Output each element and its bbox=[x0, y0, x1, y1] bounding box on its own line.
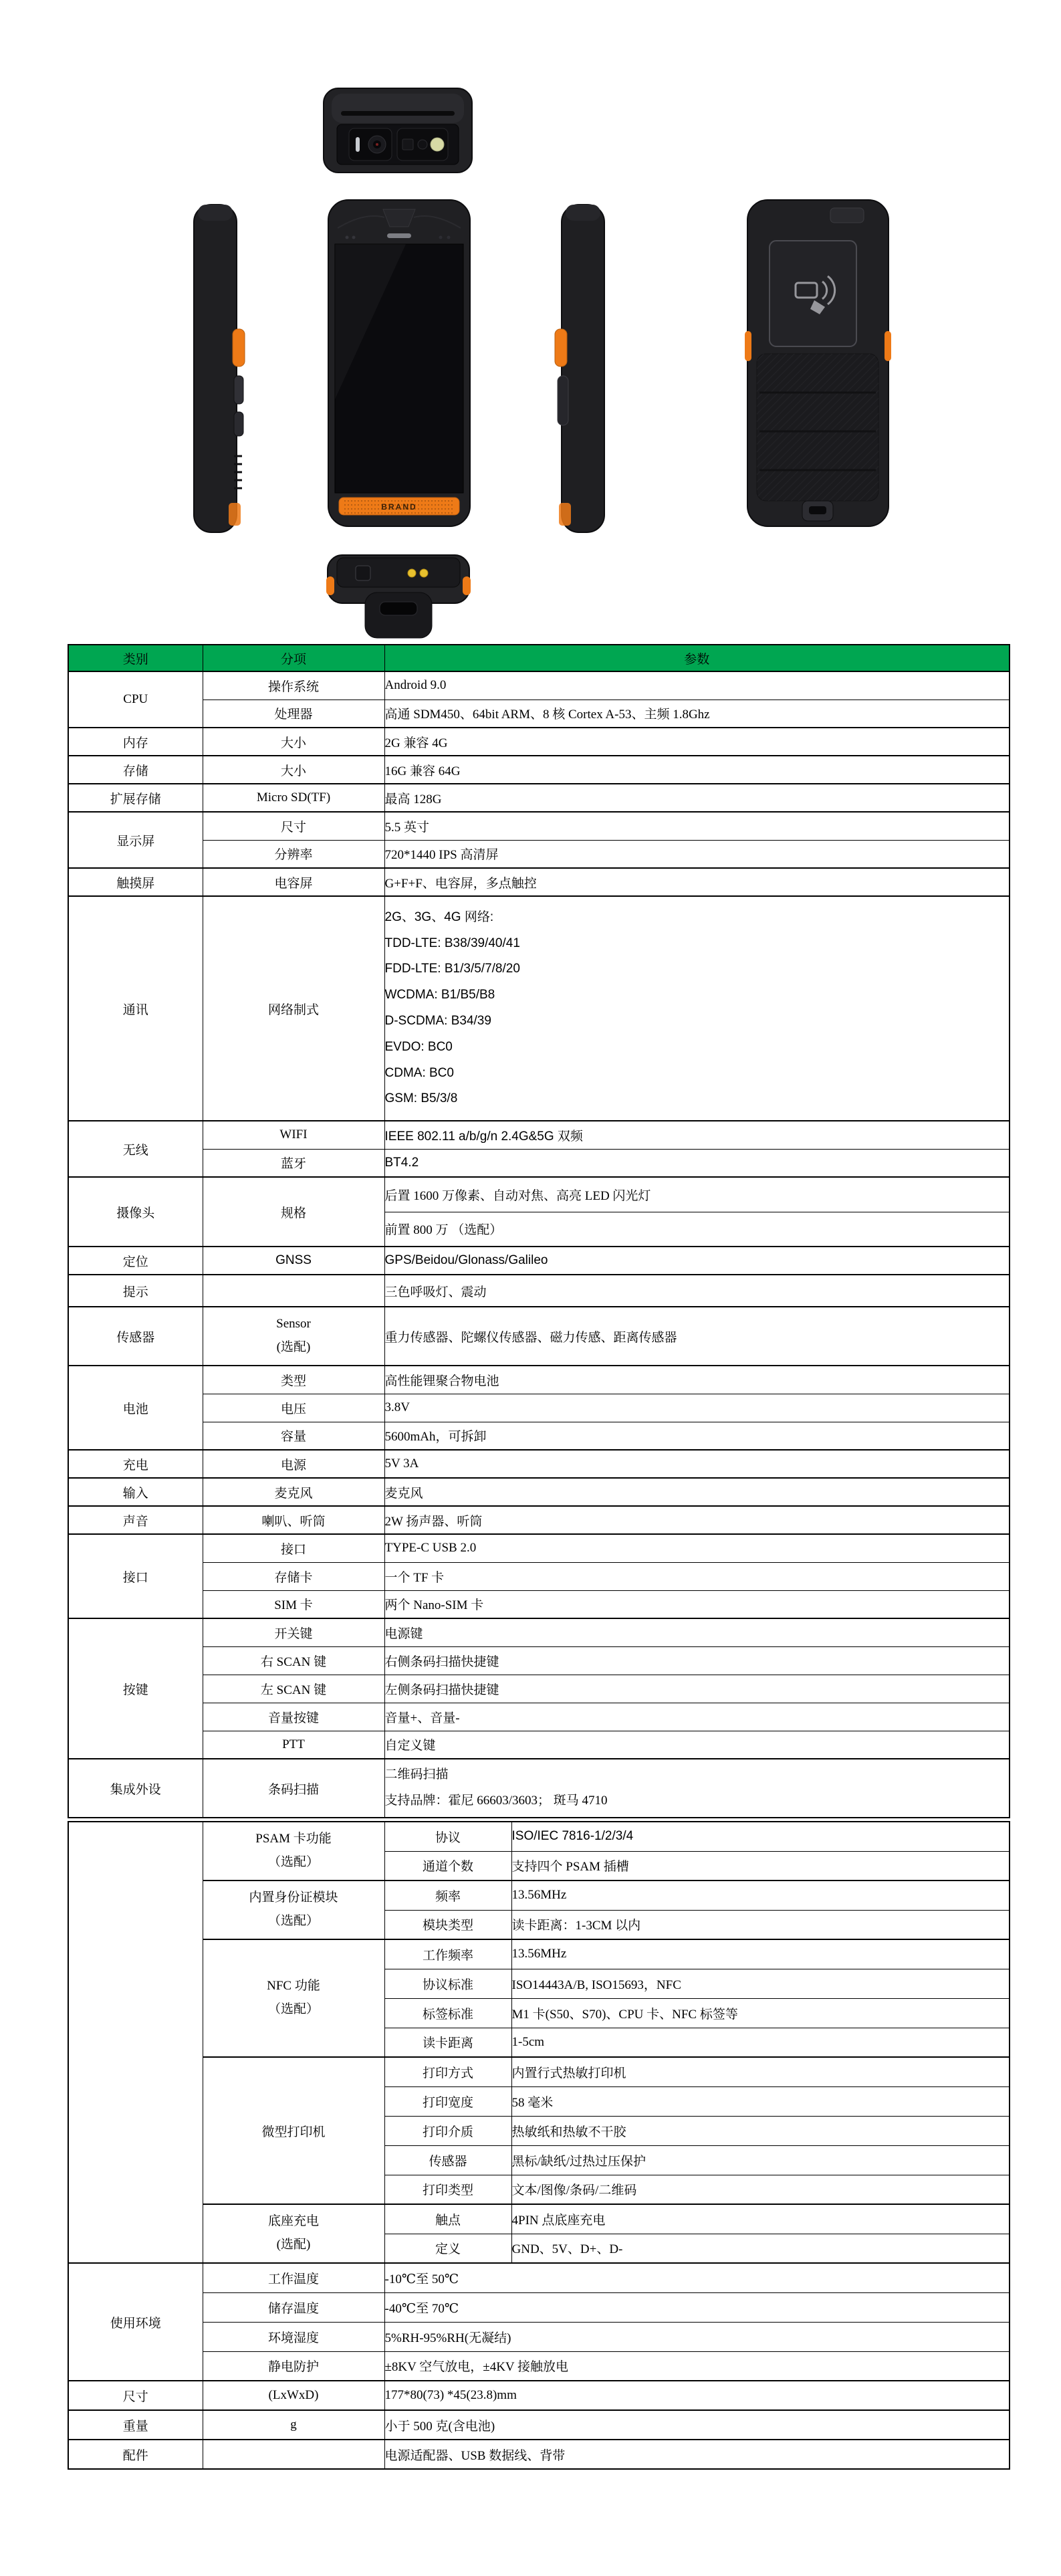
cell-line: GSM: B5/3/8 bbox=[385, 1086, 1010, 1112]
speaker-grille-edge bbox=[229, 503, 241, 526]
cell-line: 二维码扫描 bbox=[385, 1762, 1010, 1788]
subitem-cell: 大小 bbox=[203, 728, 384, 756]
value-cell: 右侧条码扫描快捷键 bbox=[384, 1646, 1010, 1675]
value-cell: 前置 800 万 （选配） bbox=[384, 1212, 1010, 1247]
subitem-cell: 工作温度 bbox=[203, 2263, 384, 2292]
category-cell: 无线 bbox=[68, 1121, 203, 1177]
power-button bbox=[234, 412, 243, 436]
subitem-cell: 类型 bbox=[203, 1366, 384, 1394]
speaker-grille-edge bbox=[559, 503, 571, 526]
value-cell: -40℃至 70℃ bbox=[384, 2292, 1010, 2322]
subitem-cell: (LxWxD) bbox=[203, 2381, 384, 2410]
subitem-cell: Sensor(选配) bbox=[203, 1307, 384, 1366]
value-cell: ±8KV 空气放电，±4KV 接触放电 bbox=[384, 2351, 1010, 2381]
device-body bbox=[194, 205, 237, 532]
subitem-cell: 喇叭、听筒 bbox=[203, 1506, 384, 1534]
cell-line: FDD-LTE: B1/3/5/7/8/20 bbox=[385, 956, 1010, 982]
subitem-cell: 打印介质 bbox=[384, 2116, 511, 2145]
value-cell: 2W 扬声器、听筒 bbox=[384, 1506, 1010, 1534]
value-cell: 2G 兼容 4G bbox=[384, 728, 1010, 756]
value-cell: 自定义键 bbox=[384, 1731, 1010, 1759]
cell-line: TDD-LTE: B38/39/40/41 bbox=[385, 931, 1010, 957]
category-cell: 尺寸 bbox=[68, 2381, 203, 2410]
value-cell: 16G 兼容 64G bbox=[384, 756, 1010, 784]
cell-line: （选配） bbox=[203, 1910, 384, 1933]
value-cell: 高通 SDM450、64bit ARM、8 核 Cortex A-53、主频 1… bbox=[384, 700, 1010, 728]
cell-line: (选配) bbox=[203, 2234, 384, 2257]
header-cell: 分项 bbox=[203, 645, 384, 671]
device-top-view-image bbox=[322, 86, 473, 175]
subitem-cell: 定义 bbox=[384, 2234, 511, 2263]
cell-line: WCDMA: B1/B5/B8 bbox=[385, 982, 1010, 1008]
flash-strip-icon bbox=[356, 137, 360, 152]
subitem-cell: 大小 bbox=[203, 756, 384, 784]
sensor-dot-icon bbox=[346, 236, 349, 239]
category-cell: 重量 bbox=[68, 2410, 203, 2440]
subitem-cell: 储存温度 bbox=[203, 2292, 384, 2322]
value-cell: 二维码扫描支持品牌：霍尼 66603/3603； 斑马 4710 bbox=[384, 1759, 1010, 1818]
brand-logo: BRAND bbox=[381, 502, 417, 512]
scanner-window-icon bbox=[402, 139, 413, 150]
subitem-cell: SIM 卡 bbox=[203, 1590, 384, 1618]
edge-accent bbox=[326, 576, 334, 595]
led-flash-icon bbox=[431, 138, 444, 151]
subitem-cell: 打印类型 bbox=[384, 2175, 511, 2204]
subitem-cell: 触点 bbox=[384, 2204, 511, 2234]
subitem-cell: 电压 bbox=[203, 1394, 384, 1422]
device-front-view-image: BRAND bbox=[326, 199, 473, 528]
category-cell: 摄像头 bbox=[68, 1177, 203, 1247]
category-cell: 内存 bbox=[68, 728, 203, 756]
value-cell: 读卡距离：1-3CM 以内 bbox=[511, 1910, 1010, 1939]
printer-paper-slot bbox=[341, 111, 455, 116]
value-cell: 三色呼吸灯、震动 bbox=[384, 1275, 1010, 1307]
device-bottom-view-image bbox=[324, 552, 473, 642]
subitem-cell: 模块类型 bbox=[384, 1910, 511, 1939]
top-latch bbox=[830, 208, 864, 223]
category-cell: 显示屏 bbox=[68, 812, 203, 868]
subitem-cell: 处理器 bbox=[203, 700, 384, 728]
subitem-cell: 规格 bbox=[203, 1177, 384, 1247]
subitem-cell: g bbox=[203, 2410, 384, 2440]
value-cell: M1 卡(S50、S70)、CPU 卡、NFC 标签等 bbox=[511, 1998, 1010, 2028]
subitem-cell: 打印宽度 bbox=[384, 2086, 511, 2116]
category-cell: CPU bbox=[68, 671, 203, 728]
value-cell: 左侧条码扫描快捷键 bbox=[384, 1675, 1010, 1703]
subitem-cell bbox=[203, 1275, 384, 1307]
category-cell: 扩展存储 bbox=[68, 784, 203, 812]
value-cell: 5600mAh，可拆卸 bbox=[384, 1422, 1010, 1450]
camera-window-icon bbox=[356, 566, 370, 580]
category-cell: 充电 bbox=[68, 1450, 203, 1478]
cell-line: （选配） bbox=[203, 1851, 384, 1874]
value-cell: 58 毫米 bbox=[511, 2086, 1010, 2116]
value-cell: 两个 Nano-SIM 卡 bbox=[384, 1590, 1010, 1618]
value-cell: 4PIN 点底座充电 bbox=[511, 2204, 1010, 2234]
value-cell: GPS/Beidou/Glonass/Galileo bbox=[384, 1247, 1010, 1275]
subitem-cell: 存储卡 bbox=[203, 1562, 384, 1590]
side-button-edge bbox=[745, 331, 751, 361]
category-cell: 存储 bbox=[68, 756, 203, 784]
subitem-cell: 静电防护 bbox=[203, 2351, 384, 2381]
subitem-cell: 右 SCAN 键 bbox=[203, 1646, 384, 1675]
subitem-cell: 电容屏 bbox=[203, 868, 384, 896]
cell-line: 底座充电 bbox=[203, 2210, 384, 2234]
scan-trigger-button bbox=[555, 329, 567, 366]
cell-line: 内置身份证模块 bbox=[203, 1887, 384, 1910]
charge-contact-icon bbox=[420, 569, 428, 577]
cell-line: 2G、3G、4G 网络: bbox=[385, 905, 1010, 931]
value-cell: 一个 TF 卡 bbox=[384, 1562, 1010, 1590]
value-cell: 后置 1600 万像素、自动对焦、高亮 LED 闪光灯 bbox=[384, 1177, 1010, 1212]
subitem-cell: 左 SCAN 键 bbox=[203, 1675, 384, 1703]
value-cell: 5V 3A bbox=[384, 1450, 1010, 1478]
value-cell: 黑标/缺纸/过热过压保护 bbox=[511, 2145, 1010, 2175]
category-cell: 触摸屏 bbox=[68, 868, 203, 896]
value-cell: TYPE-C USB 2.0 bbox=[384, 1534, 1010, 1562]
subitem-cell: WIFI bbox=[203, 1121, 384, 1149]
edge-accent bbox=[463, 576, 471, 595]
category-cell: 输入 bbox=[68, 1478, 203, 1506]
subitem-cell: 操作系统 bbox=[203, 671, 384, 700]
value-cell: 13.56MHz bbox=[511, 1939, 1010, 1969]
category-cell: 通讯 bbox=[68, 896, 203, 1121]
value-cell: 内置行式热敏打印机 bbox=[511, 2057, 1010, 2086]
subitem-cell: PTT bbox=[203, 1731, 384, 1759]
subitem-cell: 开关键 bbox=[203, 1618, 384, 1646]
subitem-cell: 协议 bbox=[384, 1822, 511, 1851]
subitem-cell: 标签标准 bbox=[384, 1998, 511, 2028]
value-cell: 720*1440 IPS 高清屏 bbox=[384, 840, 1010, 868]
cell-line: 支持品牌：霍尼 66603/3603； 斑马 4710 bbox=[385, 1788, 1010, 1814]
subitem-cell: 接口 bbox=[203, 1534, 384, 1562]
scan-trigger-button bbox=[233, 329, 245, 366]
volume-button bbox=[234, 376, 243, 404]
value-cell: GND、5V、D+、D- bbox=[511, 2234, 1010, 2263]
category-cell bbox=[68, 1822, 203, 2263]
spec-table-modules: PSAM 卡功能（选配）协议ISO/IEC 7816-1/2/3/4通道个数支持… bbox=[68, 1821, 1010, 2470]
value-cell: 小于 500 克(含电池) bbox=[384, 2410, 1010, 2440]
subitem-cell: 打印方式 bbox=[384, 2057, 511, 2086]
value-cell: 177*80(73) *45(23.8)mm bbox=[384, 2381, 1010, 2410]
cell-line: CDMA: BC0 bbox=[385, 1061, 1010, 1087]
subitem-cell: NFC 功能（选配） bbox=[203, 1939, 384, 2057]
subitem-cell: 蓝牙 bbox=[203, 1149, 384, 1177]
subitem-cell: GNSS bbox=[203, 1247, 384, 1275]
subitem-cell: 读卡距离 bbox=[384, 2028, 511, 2057]
value-cell: 支持四个 PSAM 插槽 bbox=[511, 1851, 1010, 1881]
earpiece-speaker-icon bbox=[387, 233, 411, 238]
value-cell: 3.8V bbox=[384, 1394, 1010, 1422]
value-cell: 麦克风 bbox=[384, 1478, 1010, 1506]
subitem-cell: 通道个数 bbox=[384, 1851, 511, 1881]
subitem-cell: 工作频率 bbox=[384, 1939, 511, 1969]
category-cell: 定位 bbox=[68, 1247, 203, 1275]
value-cell: 5%RH-95%RH(无凝结) bbox=[384, 2322, 1010, 2351]
value-cell: Android 9.0 bbox=[384, 671, 1010, 700]
subitem-cell: 频率 bbox=[384, 1881, 511, 1910]
cell-line: D-SCDMA: B34/39 bbox=[385, 1008, 1010, 1035]
value-cell: 高性能锂聚合物电池 bbox=[384, 1366, 1010, 1394]
subitem-cell: 传感器 bbox=[384, 2145, 511, 2175]
subitem-cell: 容量 bbox=[203, 1422, 384, 1450]
value-cell: 文本/图像/条码/二维码 bbox=[511, 2175, 1010, 2204]
subitem-cell: 尺寸 bbox=[203, 812, 384, 840]
value-cell: 1-5cm bbox=[511, 2028, 1010, 2057]
value-cell: 电源适配器、USB 数据线、背带 bbox=[384, 2440, 1010, 2469]
subitem-cell: 内置身份证模块（选配） bbox=[203, 1881, 384, 1939]
device-body bbox=[562, 205, 604, 532]
spec-sheet-page: BRAND bbox=[0, 0, 1061, 2576]
cell-line: NFC 功能 bbox=[203, 1975, 384, 1998]
value-cell: 热敏纸和热敏不干胶 bbox=[511, 2116, 1010, 2145]
cell-line: Sensor bbox=[203, 1313, 384, 1336]
device-right-side-view-image bbox=[554, 201, 612, 536]
charge-contact-icon bbox=[408, 569, 416, 577]
header-cell: 类别 bbox=[68, 645, 203, 671]
printer-housing bbox=[332, 94, 464, 123]
subitem-cell: 底座充电(选配) bbox=[203, 2204, 384, 2263]
category-cell: 集成外设 bbox=[68, 1759, 203, 1818]
category-cell: 配件 bbox=[68, 2440, 203, 2469]
device-left-side-view-image bbox=[175, 201, 246, 536]
device-back-view-image bbox=[745, 199, 891, 529]
value-cell: 5.5 英寸 bbox=[384, 812, 1010, 840]
cell-line: PSAM 卡功能 bbox=[203, 1828, 384, 1851]
category-cell: 按键 bbox=[68, 1618, 203, 1759]
camera-dot-icon bbox=[447, 236, 451, 239]
nfc-panel bbox=[770, 241, 856, 346]
side-button-edge bbox=[885, 331, 891, 361]
subitem-cell: 分辨率 bbox=[203, 840, 384, 868]
category-cell: 电池 bbox=[68, 1366, 203, 1450]
category-cell: 接口 bbox=[68, 1534, 203, 1618]
value-cell: 音量+、音量- bbox=[384, 1703, 1010, 1731]
subitem-cell: 条码扫描 bbox=[203, 1759, 384, 1818]
category-cell: 使用环境 bbox=[68, 2263, 203, 2381]
value-cell: 重力传感器、陀螺仪传感器、磁力传感、距离传感器 bbox=[384, 1307, 1010, 1366]
value-cell: IEEE 802.11 a/b/g/n 2.4G&5G 双频 bbox=[384, 1121, 1010, 1149]
cell-line: (选配) bbox=[203, 1336, 384, 1360]
subitem-cell: 电源 bbox=[203, 1450, 384, 1478]
sensor-dot-icon bbox=[352, 236, 356, 239]
subitem-cell bbox=[203, 2440, 384, 2469]
subitem-cell: 网络制式 bbox=[203, 896, 384, 1121]
category-cell: 声音 bbox=[68, 1506, 203, 1534]
cell-line: EVDO: BC0 bbox=[385, 1035, 1010, 1061]
value-cell: BT4.2 bbox=[384, 1149, 1010, 1177]
value-cell: ISO14443A/B, ISO15693，NFC bbox=[511, 1969, 1010, 1998]
value-cell: 电源键 bbox=[384, 1618, 1010, 1646]
subitem-cell: Micro SD(TF) bbox=[203, 784, 384, 812]
value-cell: -10℃至 50℃ bbox=[384, 2263, 1010, 2292]
category-cell: 提示 bbox=[68, 1275, 203, 1307]
header-cell: 参数 bbox=[384, 645, 1010, 671]
value-cell: 最高 128G bbox=[384, 784, 1010, 812]
sim-card-door bbox=[558, 376, 568, 425]
value-cell: G+F+F、电容屏，多点触控 bbox=[384, 868, 1010, 896]
subitem-cell: 麦克风 bbox=[203, 1478, 384, 1506]
subitem-cell: 音量按键 bbox=[203, 1703, 384, 1731]
category-cell: 传感器 bbox=[68, 1307, 203, 1366]
subitem-cell: 微型打印机 bbox=[203, 2057, 384, 2204]
spec-table-main: 类别分项参数CPU操作系统Android 9.0处理器高通 SDM450、64b… bbox=[68, 644, 1010, 1818]
value-cell: ISO/IEC 7816-1/2/3/4 bbox=[511, 1822, 1010, 1851]
subitem-cell: PSAM 卡功能（选配） bbox=[203, 1822, 384, 1881]
subitem-cell: 协议标准 bbox=[384, 1969, 511, 1998]
cell-line: （选配） bbox=[203, 1998, 384, 2022]
value-cell: 2G、3G、4G 网络:TDD-LTE: B38/39/40/41FDD-LTE… bbox=[384, 896, 1010, 1121]
subitem-cell: 环境湿度 bbox=[203, 2322, 384, 2351]
value-cell: 13.56MHz bbox=[511, 1881, 1010, 1910]
camera-dot-icon bbox=[439, 236, 443, 239]
